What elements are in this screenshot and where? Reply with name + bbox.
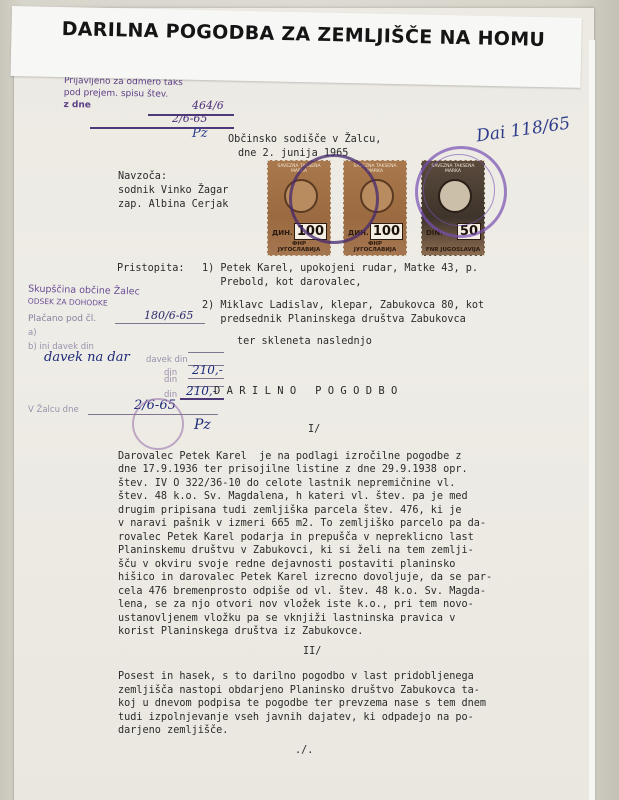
row-c-label: davek din xyxy=(146,354,188,366)
section-1-line: štev. IV O 322/36-10 do celote lastnik n… xyxy=(118,477,455,491)
agreement-intro: ter skleneta naslednjo xyxy=(237,335,372,349)
party2-line1: 2) Miklavc Ladislav, klepar, Zabukovca 8… xyxy=(202,299,484,313)
stamp-date-label: z dne xyxy=(64,100,91,110)
form-rule xyxy=(188,352,224,353)
party1-line2: Prebold, kot darovalec, xyxy=(202,276,361,290)
section-1-line: cela 476 bremenprosto odpiše od vl. štev… xyxy=(118,585,486,599)
parties-label: Pristopita: xyxy=(117,262,184,276)
stamp-currency: ДИН. xyxy=(272,229,293,237)
stamp-initials: Pz xyxy=(192,126,208,141)
present-label: Navzoča: xyxy=(118,170,167,184)
section-1-heading: I/ xyxy=(308,423,320,437)
seal-inner-ring xyxy=(423,154,495,226)
stamp-date-value: 2/6-65 xyxy=(172,112,207,125)
section-1-line: korist Planinskega društva iz Zabukovce. xyxy=(118,625,363,639)
section-1-line: štev. 48 k.o. Sv. Magdalena, h kateri vl… xyxy=(118,490,468,504)
present-judge: sodnik Vinko Žagar xyxy=(118,184,228,198)
stamp-value: 100 xyxy=(370,223,403,240)
section-2-line: Posest in hasek, s to darilno pogodbo v … xyxy=(118,670,474,684)
section-2-line: darjeno zemljišče. xyxy=(118,724,228,738)
stamp-footer: ФНР ЈУГОСЛАВИЈА xyxy=(270,241,328,253)
section-1-line: lena, se za njo otvori nov vložek iste k… xyxy=(118,598,474,612)
section-1-line: v naravi pašnik v izmeri 665 m2. To zeml… xyxy=(118,517,486,531)
section-1-line: ustanovljenem vložku pa se vknjiži lastn… xyxy=(118,612,455,626)
present-clerk: zap. Albina Cerjak xyxy=(118,198,228,212)
section-2-line: tudi izpolnjevanje vseh javnih dajatev, … xyxy=(118,711,474,725)
stamp-footer: FNR JUGOSLAVIJA xyxy=(424,247,482,253)
stamp-file-label: pod prejem. spisu štev. xyxy=(64,88,169,100)
section-2-line: zemljišča nastopi obdarjeno Planinsko dr… xyxy=(118,684,480,698)
row-d-value: 210,- xyxy=(192,363,223,377)
section-2-heading: II/ xyxy=(303,645,321,659)
paid-under-value: 180/6-65 xyxy=(144,309,193,322)
handwritten-tax-note: davek na dar xyxy=(44,350,130,365)
stamp-file-number: 464/6 xyxy=(192,99,224,112)
row-f-value: 210,- xyxy=(186,384,217,398)
row-e-label: din xyxy=(164,374,177,386)
stamp-footer: ФНР ЈУГОСЛАВИЈА xyxy=(346,241,404,253)
paid-under-label: Plačano pod čl. xyxy=(28,313,96,325)
document-title: D A R I L N O P O G O D B O xyxy=(214,385,397,399)
stamp-rule xyxy=(90,127,234,129)
section-1-line: šču v okviru svoje redne dejavnosti post… xyxy=(118,558,455,572)
row-a-label: a) xyxy=(28,327,37,339)
party1-line1: 1) Petek Karel, upokojeni rudar, Matke 4… xyxy=(202,262,478,276)
form-rule xyxy=(115,323,205,324)
office-seal-icon xyxy=(132,398,184,450)
section-1-line: rovalec Petek Karel podarja in prepušča … xyxy=(118,531,474,545)
section-1-line: drugim pripisana tudi zemljiška parcela … xyxy=(118,504,461,518)
section-1-line: Darovalec Petek Karel je na podlagi izro… xyxy=(118,450,461,464)
court-name: Občinsko sodišče v Žalcu, xyxy=(228,133,381,147)
court-seal-icon xyxy=(289,154,379,244)
form-rule xyxy=(188,378,224,379)
section-1-line: dne 17.9.1936 ter prisojilne listine z d… xyxy=(118,463,468,477)
section-1-line: hišico in darovalec Petek Karel izrecno … xyxy=(118,571,492,585)
place-date-label: V Žalcu dne xyxy=(28,404,79,416)
paper-edge xyxy=(589,40,595,800)
tax-payment-stamp: Skupščina občine Žalec ODSEK ZA DOHODKE xyxy=(28,284,140,311)
left-stamp-initials: Pz xyxy=(194,417,211,433)
section-2-line: koj u dnevom podpisa te pogodbe ter prev… xyxy=(118,697,486,711)
section-1-line: Planinskemu društvu v Zabukovci, ki si ž… xyxy=(118,544,474,558)
revenue-stamps: SAVEZNA TAKSENA MARKA ДИН. 100 ФНР ЈУГОС… xyxy=(265,160,505,258)
continuation-mark: ./. xyxy=(295,744,313,758)
party2-line2: predsednik Planinskega društva Zabukovca xyxy=(202,313,466,327)
